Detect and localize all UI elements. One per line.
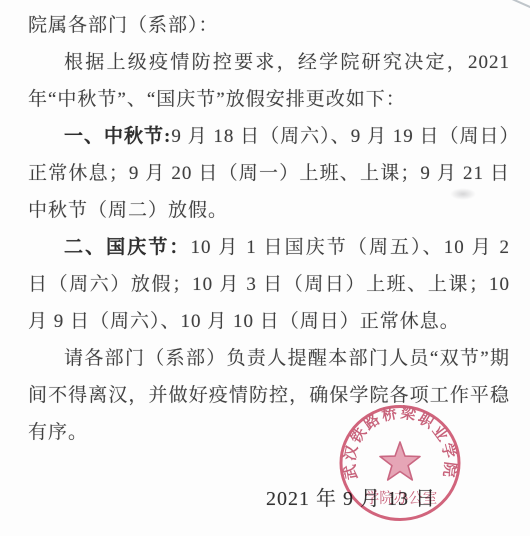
intro-paragraph: 根据上级疫情防控要求，经学院研究决定，2021 年“中秋节”、“国庆节”放假安排…: [28, 44, 510, 118]
item1-label: 一、中秋节:: [64, 126, 171, 147]
item2-label: 二、国庆节：: [64, 237, 190, 258]
item1-paragraph: 一、中秋节:9 月 18 日（周六）、9 月 19 日（周日）正常休息；9 月 …: [28, 118, 510, 229]
seal-bottom-text: 学院办公室: [365, 490, 438, 507]
salutation: 院属各部门（系部）：: [28, 7, 510, 44]
official-seal: 武汉铁路桥梁职业学院 学院办公室: [337, 403, 463, 523]
notice-document: 院属各部门（系部）： 根据上级疫情防控要求，经学院研究决定，2021 年“中秋节…: [0, 0, 530, 536]
star-icon: [380, 442, 420, 480]
item2-paragraph: 二、国庆节：10 月 1 日国庆节（周五）、10 月 2 日（周六）放假；10 …: [28, 229, 510, 340]
